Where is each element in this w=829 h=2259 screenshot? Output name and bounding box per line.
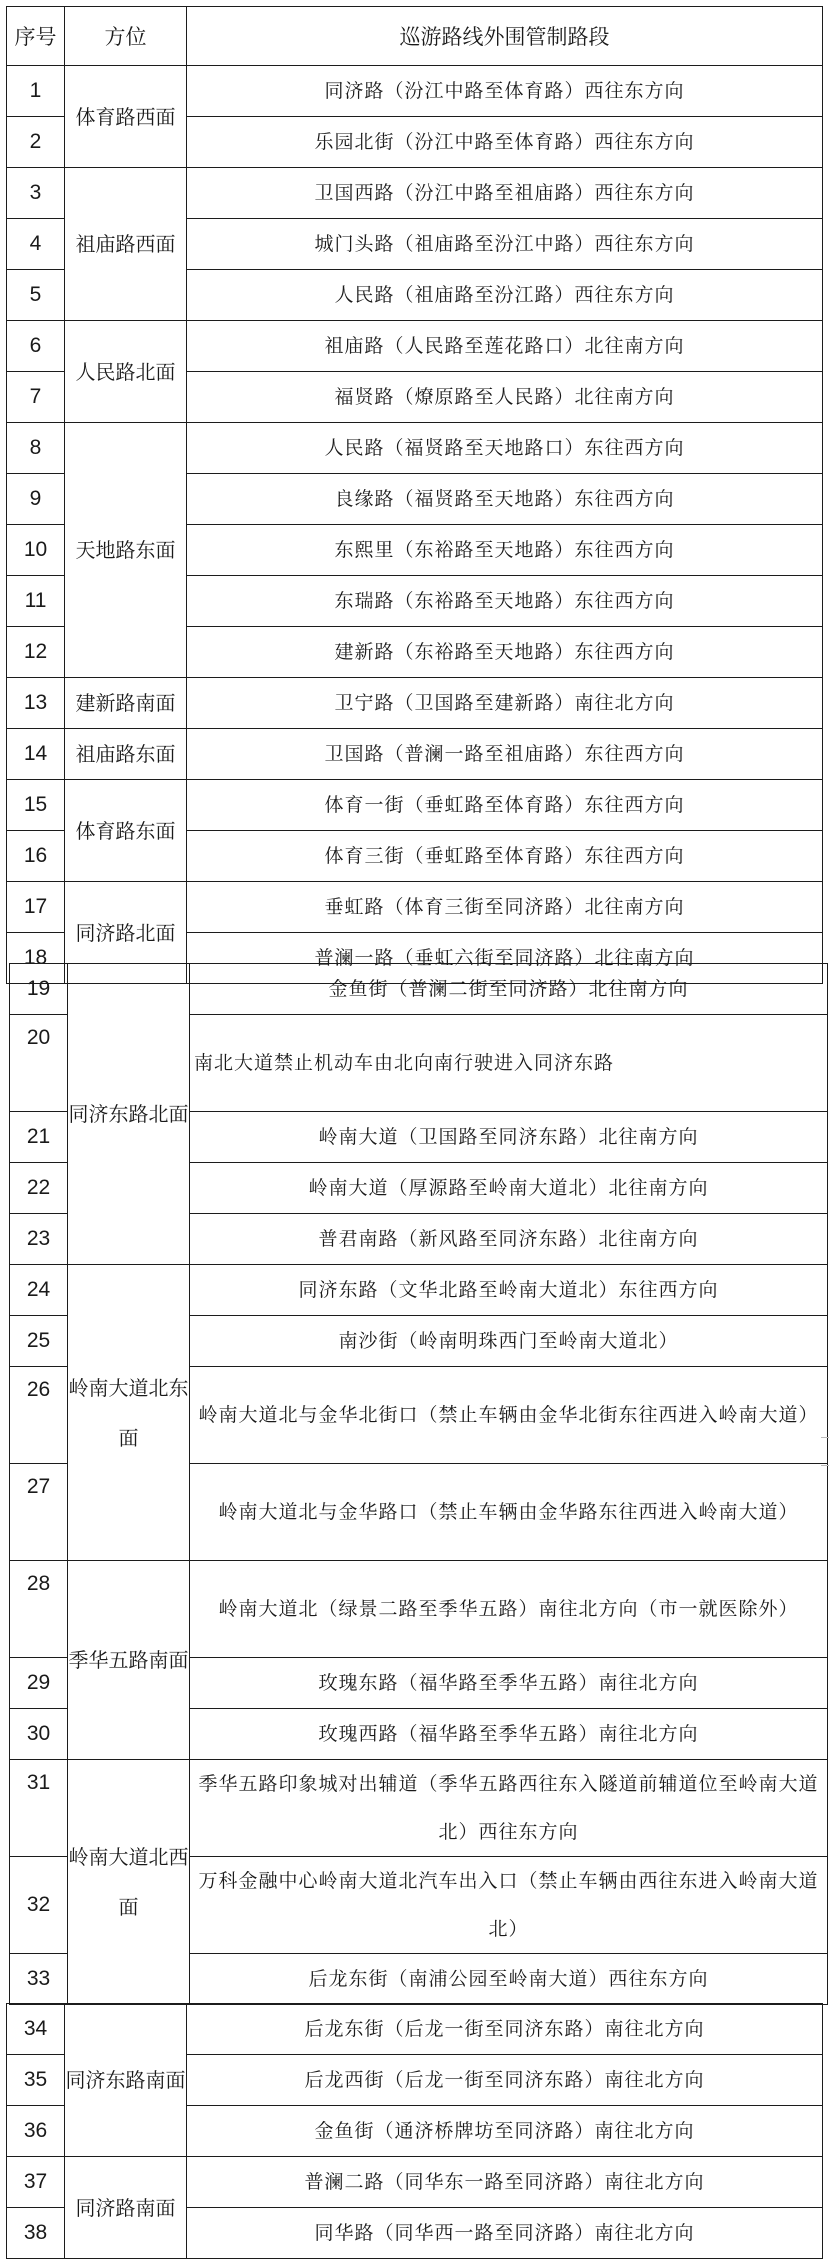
road-segment: 金鱼街（通济桥牌坊至同济路）南往北方向 [187, 2106, 823, 2157]
row-index: 24 [10, 1265, 68, 1316]
header-road: 巡游路线外围管制路段 [187, 7, 823, 66]
table-row: 6 人民路北面 祖庙路（人民路至莲花路口）北往南方向 [7, 321, 823, 372]
row-index: 32 [10, 1857, 68, 1954]
road-segment: 玫瑰东路（福华路至季华五路）南往北方向 [190, 1658, 828, 1709]
road-segment: 岭南大道（卫国路至同济东路）北往南方向 [190, 1112, 828, 1163]
row-index: 17 [7, 882, 65, 933]
table-row: 17 同济路北面 垂虹路（体育三街至同济路）北往南方向 [7, 882, 823, 933]
road-segment: 普君南路（新风路至同济东路）北往南方向 [190, 1214, 828, 1265]
road-segment: 垂虹路（体育三街至同济路）北往南方向 [187, 882, 823, 933]
row-index: 31 [10, 1760, 68, 1857]
page-edge-mark [821, 1465, 829, 1466]
road-segment: 后龙东街（后龙一街至同济东路）南往北方向 [187, 2004, 823, 2055]
table-row: 34 同济东路南面 后龙东街（后龙一街至同济东路）南往北方向 [7, 2004, 823, 2055]
row-index: 23 [10, 1214, 68, 1265]
road-segment: 同济路（汾江中路至体育路）西往东方向 [187, 66, 823, 117]
row-index: 13 [7, 678, 65, 729]
road-segment: 南北大道禁止机动车由北向南行驶进入同济东路 [190, 1015, 828, 1112]
road-segment: 福贤路（燎原路至人民路）北往南方向 [187, 372, 823, 423]
road-segment: 祖庙路（人民路至莲花路口）北往南方向 [187, 321, 823, 372]
road-segment: 万科金融中心岭南大道北汽车出入口（禁止车辆由西往东进入岭南大道北） [190, 1857, 828, 1954]
row-index: 12 [7, 627, 65, 678]
row-index: 8 [7, 423, 65, 474]
area-cell: 季华五路南面 [68, 1561, 190, 1760]
road-segment: 城门头路（祖庙路至汾江中路）西往东方向 [187, 219, 823, 270]
road-segment: 后龙西街（后龙一街至同济东路）南往北方向 [187, 2055, 823, 2106]
row-index: 21 [10, 1112, 68, 1163]
row-index: 26 [10, 1367, 68, 1464]
road-segment: 体育三街（垂虹路至体育路）东往西方向 [187, 831, 823, 882]
row-index: 20 [10, 1015, 68, 1112]
table-row: 13 建新路南面 卫宁路（卫国路至建新路）南往北方向 [7, 678, 823, 729]
table-row: 8 天地路东面 人民路（福贤路至天地路口）东往西方向 [7, 423, 823, 474]
row-index: 22 [10, 1163, 68, 1214]
road-segment: 后龙东街（南浦公园至岭南大道）西往东方向 [190, 1954, 828, 2005]
road-segment: 体育一街（垂虹路至体育路）东往西方向 [187, 780, 823, 831]
road-control-table-part1: 序号 方位 巡游路线外围管制路段 1 体育路西面 同济路（汾江中路至体育路）西往… [6, 6, 823, 984]
area-cell: 体育路西面 [65, 66, 187, 168]
row-index: 36 [7, 2106, 65, 2157]
row-index: 28 [10, 1561, 68, 1658]
row-index: 3 [7, 168, 65, 219]
table-row: 15 体育路东面 体育一街（垂虹路至体育路）东往西方向 [7, 780, 823, 831]
area-cell: 岭南大道北西面 [68, 1760, 190, 2005]
road-segment: 南沙街（岭南明珠西门至岭南大道北） [190, 1316, 828, 1367]
table-row: 24 岭南大道北东面 同济东路（文华北路至岭南大道北）东往西方向 [10, 1265, 828, 1316]
row-index: 11 [7, 576, 65, 627]
row-index: 27 [10, 1464, 68, 1561]
area-cell: 体育路东面 [65, 780, 187, 882]
row-index: 14 [7, 729, 65, 780]
area-cell: 建新路南面 [65, 678, 187, 729]
row-index: 30 [10, 1709, 68, 1760]
road-segment: 东瑞路（东裕路至天地路）东往西方向 [187, 576, 823, 627]
road-segment: 普澜二路（同华东一路至同济路）南往北方向 [187, 2157, 823, 2208]
row-index: 10 [7, 525, 65, 576]
table-row: 1 体育路西面 同济路（汾江中路至体育路）西往东方向 [7, 66, 823, 117]
row-index: 19 [10, 964, 68, 1015]
table-row: 28 季华五路南面 岭南大道北（绿景二路至季华五路）南往北方向（市一就医除外） [10, 1561, 828, 1658]
area-cell: 同济东路南面 [65, 2004, 187, 2157]
area-cell: 天地路东面 [65, 423, 187, 678]
table-row: 3 祖庙路西面 卫国西路（汾江中路至祖庙路）西往东方向 [7, 168, 823, 219]
area-cell: 同济路南面 [65, 2157, 187, 2259]
row-index: 29 [10, 1658, 68, 1709]
row-index: 35 [7, 2055, 65, 2106]
header-area: 方位 [65, 7, 187, 66]
table-row: 14 祖庙路东面 卫国路（普澜一路至祖庙路）东往西方向 [7, 729, 823, 780]
row-index: 16 [7, 831, 65, 882]
row-index: 34 [7, 2004, 65, 2055]
row-index: 5 [7, 270, 65, 321]
area-cell: 祖庙路东面 [65, 729, 187, 780]
road-segment: 岭南大道（厚源路至岭南大道北）北往南方向 [190, 1163, 828, 1214]
road-segment: 卫国路（普澜一路至祖庙路）东往西方向 [187, 729, 823, 780]
page-edge-mark [821, 1437, 829, 1438]
row-index: 2 [7, 117, 65, 168]
road-segment: 东熙里（东裕路至天地路）东往西方向 [187, 525, 823, 576]
row-index: 9 [7, 474, 65, 525]
road-segment: 季华五路印象城对出辅道（季华五路西往东入隧道前辅道位至岭南大道北）西往东方向 [190, 1760, 828, 1857]
road-segment: 卫国西路（汾江中路至祖庙路）西往东方向 [187, 168, 823, 219]
row-index: 37 [7, 2157, 65, 2208]
road-segment: 岭南大道北与金华路口（禁止车辆由金华路东往西进入岭南大道） [190, 1464, 828, 1561]
area-cell: 祖庙路西面 [65, 168, 187, 321]
table-row: 19 同济东路北面 金鱼街（普澜二街至同济路）北往南方向 [10, 964, 828, 1015]
table-row: 37 同济路南面 普澜二路（同华东一路至同济路）南往北方向 [7, 2157, 823, 2208]
header-row: 序号 方位 巡游路线外围管制路段 [7, 7, 823, 66]
area-cell: 同济东路北面 [68, 964, 190, 1265]
area-cell: 人民路北面 [65, 321, 187, 423]
area-cell: 岭南大道北东面 [68, 1265, 190, 1561]
road-segment: 人民路（祖庙路至汾江路）西往东方向 [187, 270, 823, 321]
road-segment: 岭南大道北（绿景二路至季华五路）南往北方向（市一就医除外） [190, 1561, 828, 1658]
row-index: 25 [10, 1316, 68, 1367]
road-segment: 乐园北街（汾江中路至体育路）西往东方向 [187, 117, 823, 168]
road-segment: 同济东路（文华北路至岭南大道北）东往西方向 [190, 1265, 828, 1316]
road-segment: 岭南大道北与金华北街口（禁止车辆由金华北街东往西进入岭南大道） [190, 1367, 828, 1464]
road-segment: 金鱼街（普澜二街至同济路）北往南方向 [190, 964, 828, 1015]
row-index: 15 [7, 780, 65, 831]
row-index: 4 [7, 219, 65, 270]
road-control-table-part2: 19 同济东路北面 金鱼街（普澜二街至同济路）北往南方向 20 南北大道禁止机动… [9, 963, 828, 2005]
row-index: 6 [7, 321, 65, 372]
table-row: 31 岭南大道北西面 季华五路印象城对出辅道（季华五路西往东入隧道前辅道位至岭南… [10, 1760, 828, 1857]
road-segment: 玫瑰西路（福华路至季华五路）南往北方向 [190, 1709, 828, 1760]
row-index: 7 [7, 372, 65, 423]
road-segment: 卫宁路（卫国路至建新路）南往北方向 [187, 678, 823, 729]
header-index: 序号 [7, 7, 65, 66]
road-segment: 人民路（福贤路至天地路口）东往西方向 [187, 423, 823, 474]
row-index: 33 [10, 1954, 68, 2005]
row-index: 38 [7, 2208, 65, 2259]
road-segment: 建新路（东裕路至天地路）东往西方向 [187, 627, 823, 678]
road-segment: 良缘路（福贤路至天地路）东往西方向 [187, 474, 823, 525]
row-index: 1 [7, 66, 65, 117]
road-control-table-part3: 34 同济东路南面 后龙东街（后龙一街至同济东路）南往北方向 35 后龙西街（后… [6, 2003, 823, 2259]
road-segment: 同华路（同华西一路至同济路）南往北方向 [187, 2208, 823, 2259]
